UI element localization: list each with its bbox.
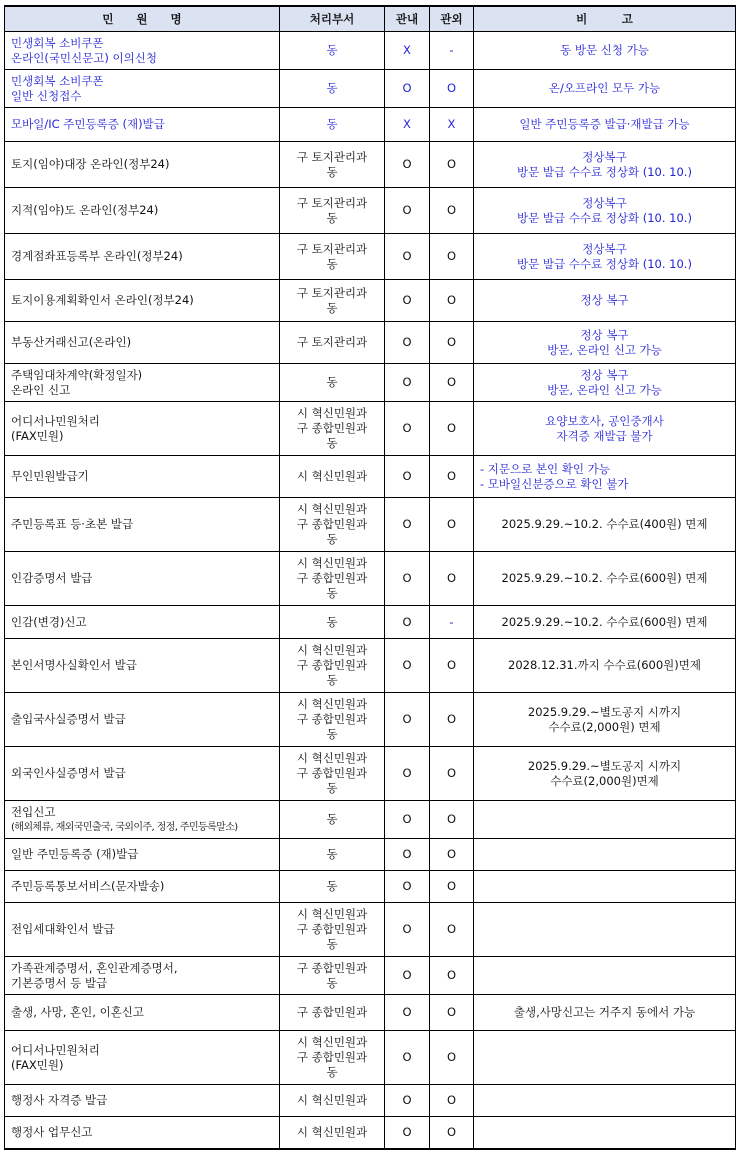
- service-name-cell: 무인민원발급기: [5, 456, 280, 498]
- out-jurisdiction-cell: O: [430, 801, 474, 839]
- service-name-cell-line: 가족관계증명서, 혼인관계증명서,: [11, 961, 275, 976]
- department-cell-line: 동: [284, 673, 380, 688]
- department-cell: 시 혁신민원과구 종합민원과동: [280, 552, 385, 606]
- service-name-cell-line: 온라인(국민신문고) 이의신청: [11, 51, 275, 66]
- department-cell-line: 시 혁신민원과: [284, 643, 380, 658]
- department-cell: 구 종합민원과: [280, 995, 385, 1031]
- department-cell-line: 동: [284, 976, 380, 991]
- remarks-cell: 정상 복구방문, 온라인 신고 가능: [474, 322, 736, 364]
- out-jurisdiction-cell: O: [430, 957, 474, 995]
- header-department: 처리부서: [280, 6, 385, 32]
- department-cell: 시 혁신민원과: [280, 1085, 385, 1117]
- out-jurisdiction-cell: O: [430, 322, 474, 364]
- remarks-cell: - 지문으로 본인 확인 가능- 모바일신분증으로 확인 불가: [474, 456, 736, 498]
- department-cell-line: 시 혁신민원과: [284, 1035, 380, 1050]
- in-jurisdiction-cell: X: [385, 32, 430, 70]
- in-jurisdiction-cell: O: [385, 639, 430, 693]
- department-cell-line: 시 혁신민원과: [284, 751, 380, 766]
- department-cell-line: 동: [284, 165, 380, 180]
- department-cell: 시 혁신민원과구 종합민원과동: [280, 402, 385, 456]
- service-name-cell-line: 무인민원발급기: [11, 469, 275, 484]
- department-cell-line: 동: [284, 812, 380, 827]
- department-cell-line: 동: [284, 301, 380, 316]
- department-cell-line: 동: [284, 1065, 380, 1080]
- remarks-cell-line: 동 방문 신청 가능: [478, 43, 731, 58]
- remarks-cell: 동 방문 신청 가능: [474, 32, 736, 70]
- service-name-cell-line: 부동산거래신고(온라인): [11, 335, 275, 350]
- service-name-cell: 민생회복 소비쿠폰일반 신청접수: [5, 70, 280, 108]
- remarks-cell: 2025.9.29.~10.2. 수수료(600원) 면제: [474, 606, 736, 639]
- service-name-cell-line: 본인서명사실확인서 발급: [11, 658, 275, 673]
- service-name-cell-line: 토지(임야)대장 온라인(정부24): [11, 157, 275, 172]
- out-jurisdiction-cell: O: [430, 552, 474, 606]
- department-cell: 구 토지관리과동: [280, 280, 385, 322]
- department-cell-line: 동: [284, 532, 380, 547]
- service-name-cell-line: 민생회복 소비쿠폰: [11, 36, 275, 51]
- remarks-cell: [474, 1117, 736, 1149]
- department-cell-line: 구 종합민원과: [284, 658, 380, 673]
- table-row: 주민등록통보서비스(문자발송)동OO: [5, 871, 736, 903]
- in-jurisdiction-cell: O: [385, 995, 430, 1031]
- table-row: 출생, 사망, 혼인, 이혼신고구 종합민원과OO출생,사망신고는 거주지 동에…: [5, 995, 736, 1031]
- service-name-cell: 일반 주민등록증 (재)발급: [5, 839, 280, 871]
- remarks-cell-line: 방문 발급 수수료 정상화 (10. 10.): [478, 257, 731, 272]
- department-cell: 구 토지관리과동: [280, 188, 385, 234]
- service-name-cell-line: 경계점좌표등록부 온라인(정부24): [11, 249, 275, 264]
- in-jurisdiction-cell: O: [385, 957, 430, 995]
- department-cell-line: 동: [284, 727, 380, 742]
- remarks-cell-line: 방문 발급 수수료 정상화 (10. 10.): [478, 165, 731, 180]
- table-row: 모바일/IC 주민등록증 (재)발급동XX일반 주민등록증 발급·재발급 가능: [5, 108, 736, 142]
- in-jurisdiction-cell: O: [385, 552, 430, 606]
- department-cell-line: 시 혁신민원과: [284, 697, 380, 712]
- remarks-cell: [474, 871, 736, 903]
- table-row: 어디서나민원처리(FAX민원)시 혁신민원과구 종합민원과동OO: [5, 1031, 736, 1085]
- service-name-cell: 민생회복 소비쿠폰온라인(국민신문고) 이의신청: [5, 32, 280, 70]
- remarks-cell-line: 출생,사망신고는 거주지 동에서 가능: [478, 1005, 731, 1020]
- department-cell: 시 혁신민원과: [280, 456, 385, 498]
- remarks-cell-line: 온/오프라인 모두 가능: [478, 81, 731, 96]
- service-name-cell-line: 일반 주민등록증 (재)발급: [11, 847, 275, 862]
- service-name-cell: 전입신고(해외체류, 재외국민출국, 국외이주, 정정, 주민등록말소): [5, 801, 280, 839]
- service-name-cell: 외국인사실증명서 발급: [5, 747, 280, 801]
- in-jurisdiction-cell: O: [385, 364, 430, 402]
- remarks-cell: 정상 복구: [474, 280, 736, 322]
- service-name-cell-line: 일반 신청접수: [11, 89, 275, 104]
- remarks-cell: 2025.9.29.~별도공지 시까지수수료(2,000원)면제: [474, 747, 736, 801]
- in-jurisdiction-cell: O: [385, 234, 430, 280]
- remarks-cell-line: 정상복구: [478, 196, 731, 211]
- service-name-cell-line: 인감증명서 발급: [11, 571, 275, 586]
- service-name-cell-line: 외국인사실증명서 발급: [11, 766, 275, 781]
- service-name-cell: 어디서나민원처리(FAX민원): [5, 402, 280, 456]
- table-row: 어디서나민원처리(FAX민원)시 혁신민원과구 종합민원과동OO요양보호사, 공…: [5, 402, 736, 456]
- out-jurisdiction-cell: O: [430, 1117, 474, 1149]
- service-name-cell: 지적(임야)도 온라인(정부24): [5, 188, 280, 234]
- department-cell-line: 구 종합민원과: [284, 1050, 380, 1065]
- remarks-cell: 2025.9.29.~별도공지 시까지수수료(2,000원) 면제: [474, 693, 736, 747]
- table-header-row: 민 원 명 처리부서 관내 관외 비 고: [5, 6, 736, 32]
- department-cell: 시 혁신민원과구 종합민원과동: [280, 747, 385, 801]
- department-cell-line: 동: [284, 375, 380, 390]
- remarks-cell-line: - 지문으로 본인 확인 가능: [480, 462, 731, 477]
- department-cell-line: 구 종합민원과: [284, 1005, 380, 1020]
- remarks-cell-line: 2025.9.29.~10.2. 수수료(600원) 면제: [478, 615, 731, 630]
- out-jurisdiction-cell: X: [430, 108, 474, 142]
- department-cell-line: 시 혁신민원과: [284, 907, 380, 922]
- department-cell-line: 시 혁신민원과: [284, 406, 380, 421]
- out-jurisdiction-cell: O: [430, 903, 474, 957]
- remarks-cell-line: 수수료(2,000원) 면제: [478, 720, 731, 735]
- remarks-cell-line: 2025.9.29.~별도공지 시까지: [478, 759, 731, 774]
- out-jurisdiction-cell: O: [430, 1031, 474, 1085]
- service-name-cell: 행정사 자격증 발급: [5, 1085, 280, 1117]
- department-cell: 시 혁신민원과구 종합민원과동: [280, 498, 385, 552]
- remarks-cell-line: 요양보호사, 공인중개사: [478, 414, 731, 429]
- table-row: 주택임대차계약(확정일자)온라인 신고동OO정상 복구방문, 온라인 신고 가능: [5, 364, 736, 402]
- department-cell-line: 동: [284, 847, 380, 862]
- table-row: 지적(임야)도 온라인(정부24)구 토지관리과동OO정상복구방문 발급 수수료…: [5, 188, 736, 234]
- table-row: 토지이용계획확인서 온라인(정부24)구 토지관리과동OO정상 복구: [5, 280, 736, 322]
- department-cell: 시 혁신민원과구 종합민원과동: [280, 903, 385, 957]
- service-name-cell-line: 출입국사실증명서 발급: [11, 712, 275, 727]
- service-name-cell: 모바일/IC 주민등록증 (재)발급: [5, 108, 280, 142]
- table-row: 행정사 자격증 발급시 혁신민원과OO: [5, 1085, 736, 1117]
- department-cell-line: 구 토지관리과: [284, 335, 380, 350]
- out-jurisdiction-cell: -: [430, 32, 474, 70]
- department-cell: 구 종합민원과동: [280, 957, 385, 995]
- department-cell: 동: [280, 32, 385, 70]
- remarks-cell-line: 2025.9.29.~10.2. 수수료(400원) 면제: [478, 517, 731, 532]
- department-cell: 구 토지관리과동: [280, 234, 385, 280]
- table-row: 행정사 업무신고시 혁신민원과OO: [5, 1117, 736, 1149]
- department-cell-line: 동: [284, 211, 380, 226]
- service-name-cell: 주민등록표 등·초본 발급: [5, 498, 280, 552]
- remarks-cell: [474, 1031, 736, 1085]
- service-name-cell: 출입국사실증명서 발급: [5, 693, 280, 747]
- table-row: 외국인사실증명서 발급시 혁신민원과구 종합민원과동OO2025.9.29.~별…: [5, 747, 736, 801]
- in-jurisdiction-cell: O: [385, 456, 430, 498]
- service-name-cell-line: 전입신고: [11, 805, 275, 820]
- department-cell-line: 동: [284, 879, 380, 894]
- header-remarks: 비 고: [474, 6, 736, 32]
- service-name-cell: 인감(변경)신고: [5, 606, 280, 639]
- in-jurisdiction-cell: O: [385, 402, 430, 456]
- remarks-cell-line: 정상복구: [478, 150, 731, 165]
- service-name-cell-line: 온라인 신고: [11, 383, 275, 398]
- department-cell-line: 구 종합민원과: [284, 766, 380, 781]
- remarks-cell: 정상복구방문 발급 수수료 정상화 (10. 10.): [474, 142, 736, 188]
- out-jurisdiction-cell: O: [430, 1085, 474, 1117]
- in-jurisdiction-cell: O: [385, 801, 430, 839]
- department-cell-line: 시 혁신민원과: [284, 1125, 380, 1140]
- department-cell-line: 시 혁신민원과: [284, 556, 380, 571]
- department-cell-line: 시 혁신민원과: [284, 469, 380, 484]
- department-cell-line: 구 토지관리과: [284, 196, 380, 211]
- table-row: 무인민원발급기시 혁신민원과OO- 지문으로 본인 확인 가능- 모바일신분증으…: [5, 456, 736, 498]
- department-cell-line: 구 종합민원과: [284, 922, 380, 937]
- remarks-cell-line: 2025.9.29.~별도공지 시까지: [478, 705, 731, 720]
- service-name-cell-line: (FAX민원): [11, 429, 275, 444]
- service-name-cell: 전입세대확인서 발급: [5, 903, 280, 957]
- department-cell: 동: [280, 364, 385, 402]
- table-row: 전입세대확인서 발급시 혁신민원과구 종합민원과동OO: [5, 903, 736, 957]
- remarks-cell-line: - 모바일신분증으로 확인 불가: [480, 477, 731, 492]
- remarks-cell-line: 방문, 온라인 신고 가능: [478, 343, 731, 358]
- service-name-cell: 토지이용계획확인서 온라인(정부24): [5, 280, 280, 322]
- department-cell-line: 동: [284, 43, 380, 58]
- remarks-cell: [474, 1085, 736, 1117]
- remarks-cell-line: 2025.9.29.~10.2. 수수료(600원) 면제: [478, 571, 731, 586]
- service-name-cell-line: (FAX민원): [11, 1058, 275, 1073]
- out-jurisdiction-cell: O: [430, 234, 474, 280]
- service-name-cell-line: 행정사 업무신고: [11, 1125, 275, 1140]
- table-row: 가족관계증명서, 혼인관계증명서,기본증명서 등 발급구 종합민원과동OO: [5, 957, 736, 995]
- in-jurisdiction-cell: O: [385, 498, 430, 552]
- remarks-cell: [474, 903, 736, 957]
- department-cell: 동: [280, 871, 385, 903]
- in-jurisdiction-cell: O: [385, 142, 430, 188]
- department-cell-line: 구 종합민원과: [284, 421, 380, 436]
- header-out-jurisdiction: 관외: [430, 6, 474, 32]
- department-cell: 시 혁신민원과구 종합민원과동: [280, 693, 385, 747]
- out-jurisdiction-cell: O: [430, 498, 474, 552]
- remarks-cell: [474, 839, 736, 871]
- remarks-cell-line: 방문 발급 수수료 정상화 (10. 10.): [478, 211, 731, 226]
- department-cell: 동: [280, 108, 385, 142]
- in-jurisdiction-cell: O: [385, 70, 430, 108]
- remarks-cell-line: 정상 복구: [478, 328, 731, 343]
- in-jurisdiction-cell: O: [385, 693, 430, 747]
- remarks-cell: 온/오프라인 모두 가능: [474, 70, 736, 108]
- service-name-cell: 경계점좌표등록부 온라인(정부24): [5, 234, 280, 280]
- remarks-cell-line: 2028.12.31.까지 수수료(600원)면제: [478, 658, 731, 673]
- out-jurisdiction-cell: O: [430, 280, 474, 322]
- service-name-cell: 행정사 업무신고: [5, 1117, 280, 1149]
- remarks-cell: [474, 801, 736, 839]
- table-row: 민생회복 소비쿠폰일반 신청접수동OO온/오프라인 모두 가능: [5, 70, 736, 108]
- remarks-cell: 정상복구방문 발급 수수료 정상화 (10. 10.): [474, 234, 736, 280]
- service-name-cell-line: 어디서나민원처리: [11, 1043, 275, 1058]
- service-name-cell: 부동산거래신고(온라인): [5, 322, 280, 364]
- service-name-cell-line: 어디서나민원처리: [11, 414, 275, 429]
- remarks-cell: 2025.9.29.~10.2. 수수료(600원) 면제: [474, 552, 736, 606]
- service-name-cell-line: 출생, 사망, 혼인, 이혼신고: [11, 1005, 275, 1020]
- out-jurisdiction-cell: -: [430, 606, 474, 639]
- service-name-cell: 인감증명서 발급: [5, 552, 280, 606]
- department-cell-line: 동: [284, 586, 380, 601]
- department-cell: 구 토지관리과: [280, 322, 385, 364]
- remarks-cell: 2028.12.31.까지 수수료(600원)면제: [474, 639, 736, 693]
- header-service-name: 민 원 명: [5, 6, 280, 32]
- remarks-cell: 일반 주민등록증 발급·재발급 가능: [474, 108, 736, 142]
- service-name-cell-line: 기본증명서 등 발급: [11, 976, 275, 991]
- table-row: 일반 주민등록증 (재)발급동OO: [5, 839, 736, 871]
- in-jurisdiction-cell: O: [385, 747, 430, 801]
- service-name-cell-line: 전입세대확인서 발급: [11, 922, 275, 937]
- department-cell-line: 구 토지관리과: [284, 286, 380, 301]
- department-cell: 동: [280, 801, 385, 839]
- in-jurisdiction-cell: O: [385, 1117, 430, 1149]
- table-row: 인감증명서 발급시 혁신민원과구 종합민원과동OO2025.9.29.~10.2…: [5, 552, 736, 606]
- table-row: 전입신고(해외체류, 재외국민출국, 국외이주, 정정, 주민등록말소)동OO: [5, 801, 736, 839]
- remarks-cell-line: 방문, 온라인 신고 가능: [478, 383, 731, 398]
- department-cell-line: 구 종합민원과: [284, 961, 380, 976]
- in-jurisdiction-cell: O: [385, 188, 430, 234]
- table-row: 출입국사실증명서 발급시 혁신민원과구 종합민원과동OO2025.9.29.~별…: [5, 693, 736, 747]
- remarks-cell: 정상복구방문 발급 수수료 정상화 (10. 10.): [474, 188, 736, 234]
- civil-service-table: 민 원 명 처리부서 관내 관외 비 고 민생회복 소비쿠폰온라인(국민신문고)…: [4, 5, 736, 1150]
- out-jurisdiction-cell: O: [430, 402, 474, 456]
- service-name-cell-line: 토지이용계획확인서 온라인(정부24): [11, 293, 275, 308]
- out-jurisdiction-cell: O: [430, 639, 474, 693]
- service-name-cell-line: 주택임대차계약(확정일자): [11, 368, 275, 383]
- remarks-cell-line: 자격증 재발급 불가: [478, 429, 731, 444]
- service-name-cell-line: 주민등록통보서비스(문자발송): [11, 879, 275, 894]
- out-jurisdiction-cell: O: [430, 747, 474, 801]
- remarks-cell: [474, 957, 736, 995]
- table-row: 인감(변경)신고동O-2025.9.29.~10.2. 수수료(600원) 면제: [5, 606, 736, 639]
- service-name-cell-line: 지적(임야)도 온라인(정부24): [11, 203, 275, 218]
- department-cell-line: 동: [284, 615, 380, 630]
- out-jurisdiction-cell: O: [430, 364, 474, 402]
- remarks-cell: 정상 복구방문, 온라인 신고 가능: [474, 364, 736, 402]
- service-name-cell: 본인서명사실확인서 발급: [5, 639, 280, 693]
- remarks-cell: 요양보호사, 공인중개사자격증 재발급 불가: [474, 402, 736, 456]
- service-name-cell: 토지(임야)대장 온라인(정부24): [5, 142, 280, 188]
- in-jurisdiction-cell: O: [385, 322, 430, 364]
- table-row: 주민등록표 등·초본 발급시 혁신민원과구 종합민원과동OO2025.9.29.…: [5, 498, 736, 552]
- department-cell-line: 구 토지관리과: [284, 150, 380, 165]
- department-cell: 동: [280, 606, 385, 639]
- service-name-cell-line: 행정사 자격증 발급: [11, 1093, 275, 1108]
- header-in-jurisdiction: 관내: [385, 6, 430, 32]
- service-name-cell-line: 주민등록표 등·초본 발급: [11, 517, 275, 532]
- department-cell-line: 시 혁신민원과: [284, 1093, 380, 1108]
- department-cell: 시 혁신민원과: [280, 1117, 385, 1149]
- remarks-cell-line: 수수료(2,000원)면제: [478, 774, 731, 789]
- out-jurisdiction-cell: O: [430, 142, 474, 188]
- department-cell-line: 동: [284, 81, 380, 96]
- department-cell: 시 혁신민원과구 종합민원과동: [280, 639, 385, 693]
- service-name-cell-line: 민생회복 소비쿠폰: [11, 74, 275, 89]
- remarks-cell: 2025.9.29.~10.2. 수수료(400원) 면제: [474, 498, 736, 552]
- in-jurisdiction-cell: O: [385, 903, 430, 957]
- table-row: 토지(임야)대장 온라인(정부24)구 토지관리과동OO정상복구방문 발급 수수…: [5, 142, 736, 188]
- table-row: 경계점좌표등록부 온라인(정부24)구 토지관리과동OO정상복구방문 발급 수수…: [5, 234, 736, 280]
- remarks-cell-line: 일반 주민등록증 발급·재발급 가능: [478, 117, 731, 132]
- service-name-cell: 주민등록통보서비스(문자발송): [5, 871, 280, 903]
- remarks-cell-line: 정상복구: [478, 242, 731, 257]
- in-jurisdiction-cell: O: [385, 606, 430, 639]
- out-jurisdiction-cell: O: [430, 188, 474, 234]
- in-jurisdiction-cell: O: [385, 280, 430, 322]
- department-cell: 시 혁신민원과구 종합민원과동: [280, 1031, 385, 1085]
- out-jurisdiction-cell: O: [430, 871, 474, 903]
- department-cell-line: 시 혁신민원과: [284, 502, 380, 517]
- service-name-cell: 어디서나민원처리(FAX민원): [5, 1031, 280, 1085]
- department-cell-line: 동: [284, 937, 380, 952]
- department-cell-line: 구 종합민원과: [284, 712, 380, 727]
- department-cell-line: 구 토지관리과: [284, 242, 380, 257]
- department-cell: 동: [280, 70, 385, 108]
- service-name-cell-line: 인감(변경)신고: [11, 615, 275, 630]
- out-jurisdiction-cell: O: [430, 693, 474, 747]
- in-jurisdiction-cell: X: [385, 108, 430, 142]
- table-row: 민생회복 소비쿠폰온라인(국민신문고) 이의신청동X-동 방문 신청 가능: [5, 32, 736, 70]
- out-jurisdiction-cell: O: [430, 839, 474, 871]
- table-body: 민생회복 소비쿠폰온라인(국민신문고) 이의신청동X-동 방문 신청 가능민생회…: [5, 32, 736, 1149]
- department-cell-line: 구 종합민원과: [284, 571, 380, 586]
- department-cell-line: 구 종합민원과: [284, 517, 380, 532]
- out-jurisdiction-cell: O: [430, 70, 474, 108]
- department-cell: 동: [280, 839, 385, 871]
- department-cell-line: 동: [284, 781, 380, 796]
- department-cell-line: 동: [284, 117, 380, 132]
- service-name-cell: 주택임대차계약(확정일자)온라인 신고: [5, 364, 280, 402]
- in-jurisdiction-cell: O: [385, 839, 430, 871]
- department-cell-line: 동: [284, 436, 380, 451]
- out-jurisdiction-cell: O: [430, 995, 474, 1031]
- service-name-cell: 가족관계증명서, 혼인관계증명서,기본증명서 등 발급: [5, 957, 280, 995]
- service-name-cell-line: (해외체류, 재외국민출국, 국외이주, 정정, 주민등록말소): [11, 820, 275, 835]
- remarks-cell-line: 정상 복구: [478, 293, 731, 308]
- department-cell-line: 동: [284, 257, 380, 272]
- service-name-cell-line: 모바일/IC 주민등록증 (재)발급: [11, 117, 275, 132]
- in-jurisdiction-cell: O: [385, 1031, 430, 1085]
- in-jurisdiction-cell: O: [385, 1085, 430, 1117]
- table-row: 부동산거래신고(온라인)구 토지관리과OO정상 복구방문, 온라인 신고 가능: [5, 322, 736, 364]
- remarks-cell-line: 정상 복구: [478, 368, 731, 383]
- in-jurisdiction-cell: O: [385, 871, 430, 903]
- table-row: 본인서명사실확인서 발급시 혁신민원과구 종합민원과동OO2028.12.31.…: [5, 639, 736, 693]
- department-cell: 구 토지관리과동: [280, 142, 385, 188]
- out-jurisdiction-cell: O: [430, 456, 474, 498]
- service-name-cell: 출생, 사망, 혼인, 이혼신고: [5, 995, 280, 1031]
- remarks-cell: 출생,사망신고는 거주지 동에서 가능: [474, 995, 736, 1031]
